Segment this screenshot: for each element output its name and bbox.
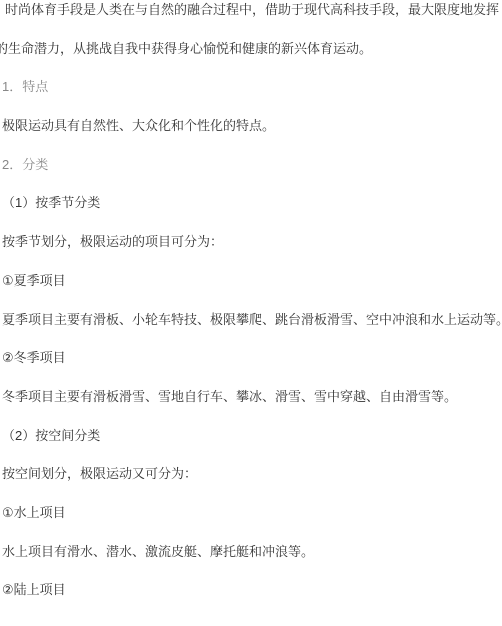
subsection-heading-by-season: （1）按季节分类 [2,184,502,223]
list-item-heading-land: ②陆上项目 [2,571,502,610]
paragraph-line: 极限运动具有自然性、大众化和个性化的特点。 [2,107,502,146]
paragraph-line: 按季节划分，极限运动的项目可分为： [2,223,502,262]
paragraph-line: 夏季项目主要有滑板、小轮车特技、极限攀爬、跳台滑板滑雪、空中冲浪和水上运动等。 [2,301,502,340]
paragraph-line: 的生命潜力，从挑战自我中获得身心愉悦和健康的新兴体育运动。 [0,30,502,69]
list-item-heading-winter: ②冬季项目 [2,339,502,378]
paragraph-line: 水上项目有滑水、潜水、激流皮艇、摩托艇和冲浪等。 [2,533,502,572]
document-text-block: 时尚体育手段是人类在与自然的融合过程中，借助于现代高科技手段，最大限度地发挥的生… [0,0,502,610]
section-heading-features: 1．特点 [2,68,502,107]
subsection-heading-by-space: （2）按空间分类 [2,417,502,456]
paragraph-line: 按空间划分，极限运动又可分为： [2,455,502,494]
list-item-heading-water: ①水上项目 [2,494,502,533]
paragraph-line: 时尚体育手段是人类在与自然的融合过程中，借助于现代高科技手段，最大限度地发挥 [5,0,502,30]
list-item-heading-summer: ①夏季项目 [2,262,502,301]
section-heading-classification: 2．分类 [2,146,502,185]
paragraph-line: 冬季项目主要有滑板滑雪、雪地自行车、攀冰、滑雪、雪中穿越、自由滑雪等。 [2,378,502,417]
